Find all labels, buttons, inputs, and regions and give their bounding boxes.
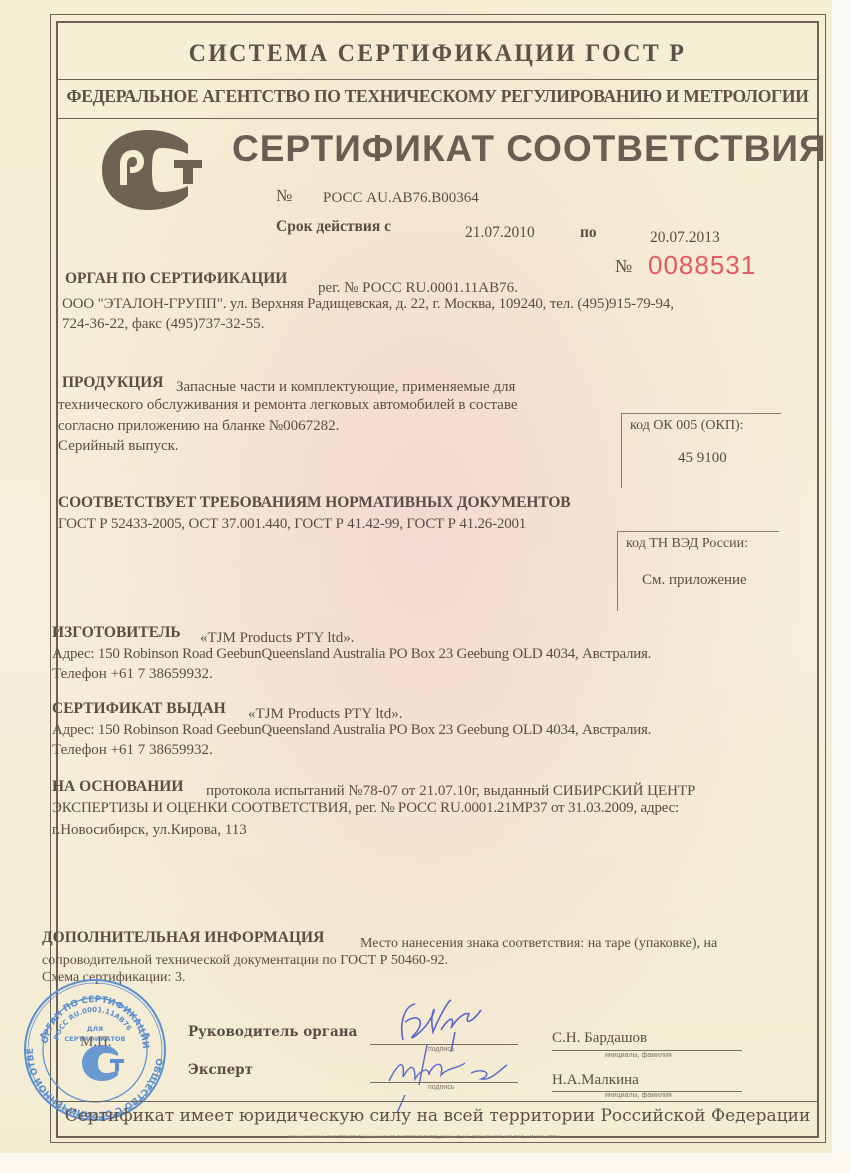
basis-line: протокола испытаний №78-07 от 21.07.10г,…	[206, 783, 695, 800]
validity-label: Срок действия с	[276, 218, 391, 236]
basis-line: ЭКСПЕРТИЗЫ И ОЦЕНКИ СООТВЕТСТВИЯ, рег. №…	[52, 800, 679, 817]
issued-to-name: «TJM Products PTY ltd».	[248, 706, 402, 723]
additional-info-label: ДОПОЛНИТЕЛЬНАЯ ИНФОРМАЦИЯ	[42, 929, 324, 947]
valid-from: 21.07.2010	[465, 224, 535, 242]
blank-number: 0088531	[648, 250, 756, 281]
head-name-line	[552, 1050, 742, 1051]
certificate-number: РОСС AU.AB76.B00364	[323, 190, 479, 207]
manufacturer-address: Адрес: 150 Robinson Road GeebunQueenslan…	[52, 646, 651, 663]
head-label: Руководитель органа	[188, 1024, 357, 1040]
products-line: Запасные части и комплектующие, применяе…	[176, 379, 515, 396]
system-title: СИСТЕМА СЕРТИФИКАЦИИ ГОСТ Р	[75, 40, 800, 68]
okp-caption: код ОК 005 (ОКП):	[630, 418, 744, 434]
issued-to-address: Адрес: 150 Robinson Road GeebunQueenslan…	[52, 722, 651, 739]
products-label: ПРОДУКЦИЯ	[62, 374, 164, 392]
additional-info-line: Место нанесения знака соответствия: на т…	[360, 936, 717, 952]
certificate-title: СЕРТИФИКАТ СООТВЕТСТВИЯ	[232, 128, 827, 170]
valid-to: 20.07.2013	[650, 229, 720, 247]
name-caption: инициалы, фамилия	[605, 1052, 672, 1059]
manufacturer-name: «TJM Products PTY ltd».	[200, 630, 354, 647]
divider	[56, 118, 819, 119]
manufacturer-label: ИЗГОТОВИТЕЛЬ	[52, 624, 181, 642]
okp-code-box: код ОК 005 (ОКП): 45 9100	[621, 413, 781, 488]
issued-to-label: СЕРТИФИКАТ ВЫДАН	[52, 700, 226, 718]
manufacturer-phone: Телефон +61 7 38659932.	[52, 666, 213, 683]
products-line: Серийный выпуск.	[58, 438, 179, 455]
conformity-label: СООТВЕТСТВУЕТ ТРЕБОВАНИЯМ НОРМАТИВНЫХ ДО…	[58, 494, 571, 512]
certification-body-reg: рег. № РОСС RU.0001.11АВ76.	[318, 280, 518, 297]
certification-body-label: ОРГАН ПО СЕРТИФИКАЦИИ	[65, 270, 287, 288]
expert-name: Н.А.Малкина	[552, 1072, 639, 1089]
agency-name: ФЕДЕРАЛЬНОЕ АГЕНТСТВО ПО ТЕХНИЧЕСКОМУ РЕ…	[56, 86, 819, 107]
blank-number-sign: №	[615, 256, 632, 277]
conformity-standards: ГОСТ Р 52433-2005, ОСТ 37.001.440, ГОСТ …	[58, 516, 526, 533]
seal-place-label: М.П.	[80, 1034, 112, 1051]
expert-label: Эксперт	[188, 1062, 253, 1078]
legal-notice: Сертификат имеет юридическую силу на все…	[56, 1106, 819, 1126]
number-sign: №	[276, 186, 292, 206]
tnved-code-box: код ТН ВЭД России: См. приложение	[617, 531, 779, 611]
okp-value: 45 9100	[678, 450, 727, 467]
rst-mark-icon	[100, 130, 210, 210]
certification-body-contacts: 724-36-22, факс (495)737-32-55.	[62, 316, 264, 333]
name-caption: инициалы, фамилия	[605, 1092, 672, 1099]
valid-to-label: по	[580, 224, 597, 242]
products-line: технического обслуживания и ремонта легк…	[58, 397, 518, 414]
tnved-value: См. приложение	[642, 572, 747, 589]
certification-body-address: ООО "ЭТАЛОН-ГРУПП". ул. Верхняя Радищевс…	[62, 296, 674, 313]
tnved-caption: код ТН ВЭД России:	[626, 536, 748, 552]
expert-signature-icon	[375, 1045, 525, 1115]
basis-line: г.Новосибирск, ул.Кирова, 113	[52, 822, 247, 839]
divider	[56, 1101, 819, 1102]
head-signature-icon	[385, 992, 505, 1052]
print-note: Бланк изготовлен ЗАО "ОПЦИОН" (лицензия …	[0, 1134, 850, 1139]
page-edge	[832, 0, 850, 1173]
issued-to-phone: Телефон +61 7 38659932.	[52, 742, 213, 759]
head-name: С.Н. Бардашов	[552, 1030, 647, 1047]
divider	[56, 79, 819, 80]
products-line: согласно приложению на бланке №0067282.	[58, 418, 339, 435]
basis-label: НА ОСНОВАНИИ	[52, 778, 183, 796]
page-edge-bottom	[0, 1153, 850, 1173]
additional-info-line: сопроводительной технической документаци…	[42, 953, 448, 969]
stamp-center-text: ДЛЯ	[87, 1025, 103, 1033]
